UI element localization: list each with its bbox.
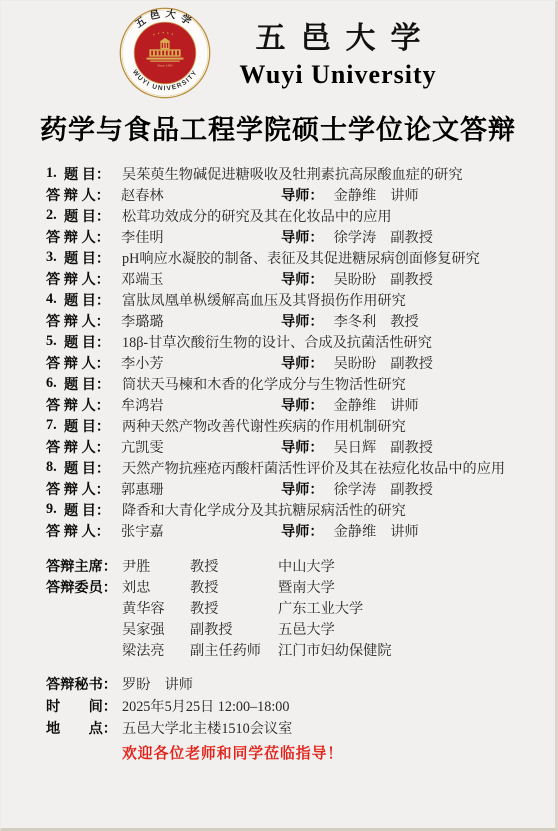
defender-label: 答 辩 人： [46,521,109,541]
committee-member-title: 教授 [190,577,278,597]
seal-since-text: Since 1985 [158,63,174,67]
committee-member-name: 尹胜 [122,556,190,576]
advisor-label: 导师： [281,437,324,457]
defense-item: 8.题 目：天然产物抗痤疮丙酸杆菌活性评价及其在祛痘化妆品中的应用 答 辩 人：… [46,457,555,499]
defense-item: 4.题 目：富肽凤凰单枞缓解高血压及其肾损伤作用研究 答 辩 人：李璐璐导师：李… [46,289,555,331]
defender-name: 李佳明 [109,227,281,247]
defender-name: 亢凯雯 [109,437,281,457]
item-number: 9. [46,501,64,518]
page-title: 药学与食品工程学院硕士学位论文答辩 [1,108,555,147]
committee-role-label: 答辩主席： [46,556,122,576]
wuyi-university-seal-icon: Since 1985 五邑大学 WUYI UNIVERSITY [119,7,211,99]
topic-label: 题 目： [64,290,122,310]
advisor-name: 金静维 讲师 [334,185,419,205]
secretary-row: 答辩秘书： 罗盼 讲师 [46,673,555,695]
topic-label: 题 目： [64,458,122,478]
defender-label: 答 辩 人： [46,395,109,415]
advisor-name: 金静维 讲师 [334,521,419,541]
thesis-title: 18β-甘草次酸衍生物的设计、合成及抗菌活性研究 [122,332,432,352]
advisor-label: 导师： [281,269,324,289]
defender-label: 答 辩 人： [46,479,109,499]
footer-section: 答辩秘书： 罗盼 讲师 时 间： 2025年5月25日 12:00–18:00 … [46,673,555,763]
advisor-label: 导师： [281,311,324,331]
defender-label: 答 辩 人： [46,269,109,289]
committee-member-name: 梁法亮 [122,640,190,660]
place-label: 地 点： [46,718,122,738]
thesis-title: 两种天然产物改善代谢性疾病的作用机制研究 [122,416,406,436]
thesis-title: 富肽凤凰单枞缓解高血压及其肾损伤作用研究 [122,290,406,310]
topic-label: 题 目： [64,206,122,226]
place-value: 五邑大学北主楼1510会议室 [122,718,555,738]
advisor-name: 吴盼盼 副教授 [334,353,433,373]
university-name-en: Wuyi University [239,60,436,90]
committee-section: 答辩主席： 尹胜 教授 中山大学 答辩委员： 刘忠 教授 暨南大学 黄华容 教授… [46,555,555,660]
thesis-title: 筒状天马楝和木香的化学成分与生物活性研究 [122,374,406,394]
defense-item: 2.题 目：松茸功效成分的研究及其在化妆品中的应用 答 辩 人：李佳明导师：徐学… [46,205,555,247]
advisor-label: 导师： [281,521,324,541]
committee-member-title: 副教授 [190,619,278,639]
advisor-name: 金静维 讲师 [334,395,419,415]
advisor-label: 导师： [281,353,324,373]
topic-label: 题 目： [64,374,122,394]
committee-row: 黄华容 教授 广东工业大学 [46,597,555,618]
secretary-value: 罗盼 讲师 [122,674,555,694]
committee-member-title: 教授 [190,598,278,618]
advisor-name: 徐学涛 副教授 [334,479,433,499]
defender-label: 答 辩 人： [46,227,109,247]
defender-label: 答 辩 人： [46,437,109,457]
committee-member-org: 广东工业大学 [278,598,555,618]
advisor-name: 李冬利 教授 [334,311,419,331]
committee-member-org: 五邑大学 [278,619,555,639]
defender-label: 答 辩 人： [46,353,109,373]
advisor-label: 导师： [281,185,324,205]
committee-member-name: 吴家强 [122,619,190,639]
thesis-title: 松茸功效成分的研究及其在化妆品中的应用 [122,206,392,226]
time-label: 时 间： [46,696,122,716]
welcome-message: 欢迎各位老师和同学莅临指导！ [122,741,555,763]
topic-label: 题 目： [64,164,122,184]
committee-role-label: 答辩委员： [46,577,122,597]
topic-label: 题 目： [64,332,122,352]
committee-row: 吴家强 副教授 五邑大学 [46,618,555,639]
defender-name: 牟鸿岩 [109,395,281,415]
defense-item: 3.题 目：pH响应水凝胶的制备、表征及其促进糖尿病创面修复研究 答 辩 人：邓… [46,247,555,289]
advisor-label: 导师： [281,479,324,499]
committee-member-org: 暨南大学 [278,577,555,597]
advisor-name: 吴盼盼 副教授 [334,269,433,289]
committee-member-org: 江门市妇幼保健院 [278,640,555,660]
committee-member-name: 黄华容 [122,598,190,618]
university-name-block: 五邑大学 Wuyi University [239,7,436,90]
committee-member-org: 中山大学 [278,556,555,576]
topic-label: 题 目： [64,248,122,268]
header: Since 1985 五邑大学 WUYI UNIVERSITY 五邑大学 Wuy… [1,1,555,99]
advisor-name: 吴日辉 副教授 [334,437,433,457]
item-number: 1. [46,165,64,182]
defense-item: 5.题 目：18β-甘草次酸衍生物的设计、合成及抗菌活性研究 答 辩 人：李小芳… [46,331,555,373]
committee-row: 答辩委员： 刘忠 教授 暨南大学 [46,576,555,597]
item-number: 3. [46,249,64,266]
topic-label: 题 目： [64,416,122,436]
university-name-cn: 五邑大学 [239,13,436,57]
advisor-label: 导师： [281,395,324,415]
advisor-label: 导师： [281,227,324,247]
defender-label: 答 辩 人： [46,311,109,331]
time-row: 时 间： 2025年5月25日 12:00–18:00 [46,695,555,717]
defense-announcement-page: Since 1985 五邑大学 WUYI UNIVERSITY 五邑大学 Wuy… [0,0,558,831]
place-row: 地 点： 五邑大学北主楼1510会议室 [46,717,555,739]
item-number: 4. [46,291,64,308]
committee-row: 梁法亮 副主任药师 江门市妇幼保健院 [46,639,555,660]
thesis-title: 吴茱萸生物碱促进糖吸收及牡荆素抗高尿酸血症的研究 [122,164,463,184]
item-number: 8. [46,459,64,476]
committee-member-title: 副主任药师 [190,640,278,660]
defense-item-list: 1.题 目：吴茱萸生物碱促进糖吸收及牡荆素抗高尿酸血症的研究 答 辩 人：赵春林… [46,163,555,541]
defender-name: 李璐璐 [109,311,281,331]
thesis-title: 降香和大青化学成分及其抗糖尿病活性的研究 [122,500,406,520]
defender-label: 答 辩 人： [46,185,109,205]
item-number: 2. [46,207,64,224]
secretary-label: 答辩秘书： [46,674,122,694]
thesis-title: pH响应水凝胶的制备、表征及其促进糖尿病创面修复研究 [122,248,480,268]
committee-member-name: 刘忠 [122,577,190,597]
item-number: 7. [46,417,64,434]
item-number: 5. [46,333,64,350]
thesis-title: 天然产物抗痤疮丙酸杆菌活性评价及其在祛痘化妆品中的应用 [122,458,505,478]
advisor-name: 徐学涛 副教授 [334,227,433,247]
defense-item: 1.题 目：吴茱萸生物碱促进糖吸收及牡荆素抗高尿酸血症的研究 答 辩 人：赵春林… [46,163,555,205]
committee-member-title: 教授 [190,556,278,576]
defense-item: 7.题 目：两种天然产物改善代谢性疾病的作用机制研究 答 辩 人：亢凯雯导师：吴… [46,415,555,457]
defense-item: 9.题 目：降香和大青化学成分及其抗糖尿病活性的研究 答 辩 人：张宇嘉导师：金… [46,499,555,541]
defender-name: 邓端玉 [109,269,281,289]
topic-label: 题 目： [64,500,122,520]
defender-name: 赵春林 [109,185,281,205]
defender-name: 郭惠珊 [109,479,281,499]
time-value: 2025年5月25日 12:00–18:00 [122,696,555,716]
committee-row: 答辩主席： 尹胜 教授 中山大学 [46,555,555,576]
defender-name: 张宇嘉 [109,521,281,541]
item-number: 6. [46,375,64,392]
defender-name: 李小芳 [109,353,281,373]
defense-item: 6.题 目：筒状天马楝和木香的化学成分与生物活性研究 答 辩 人：牟鸿岩导师：金… [46,373,555,415]
